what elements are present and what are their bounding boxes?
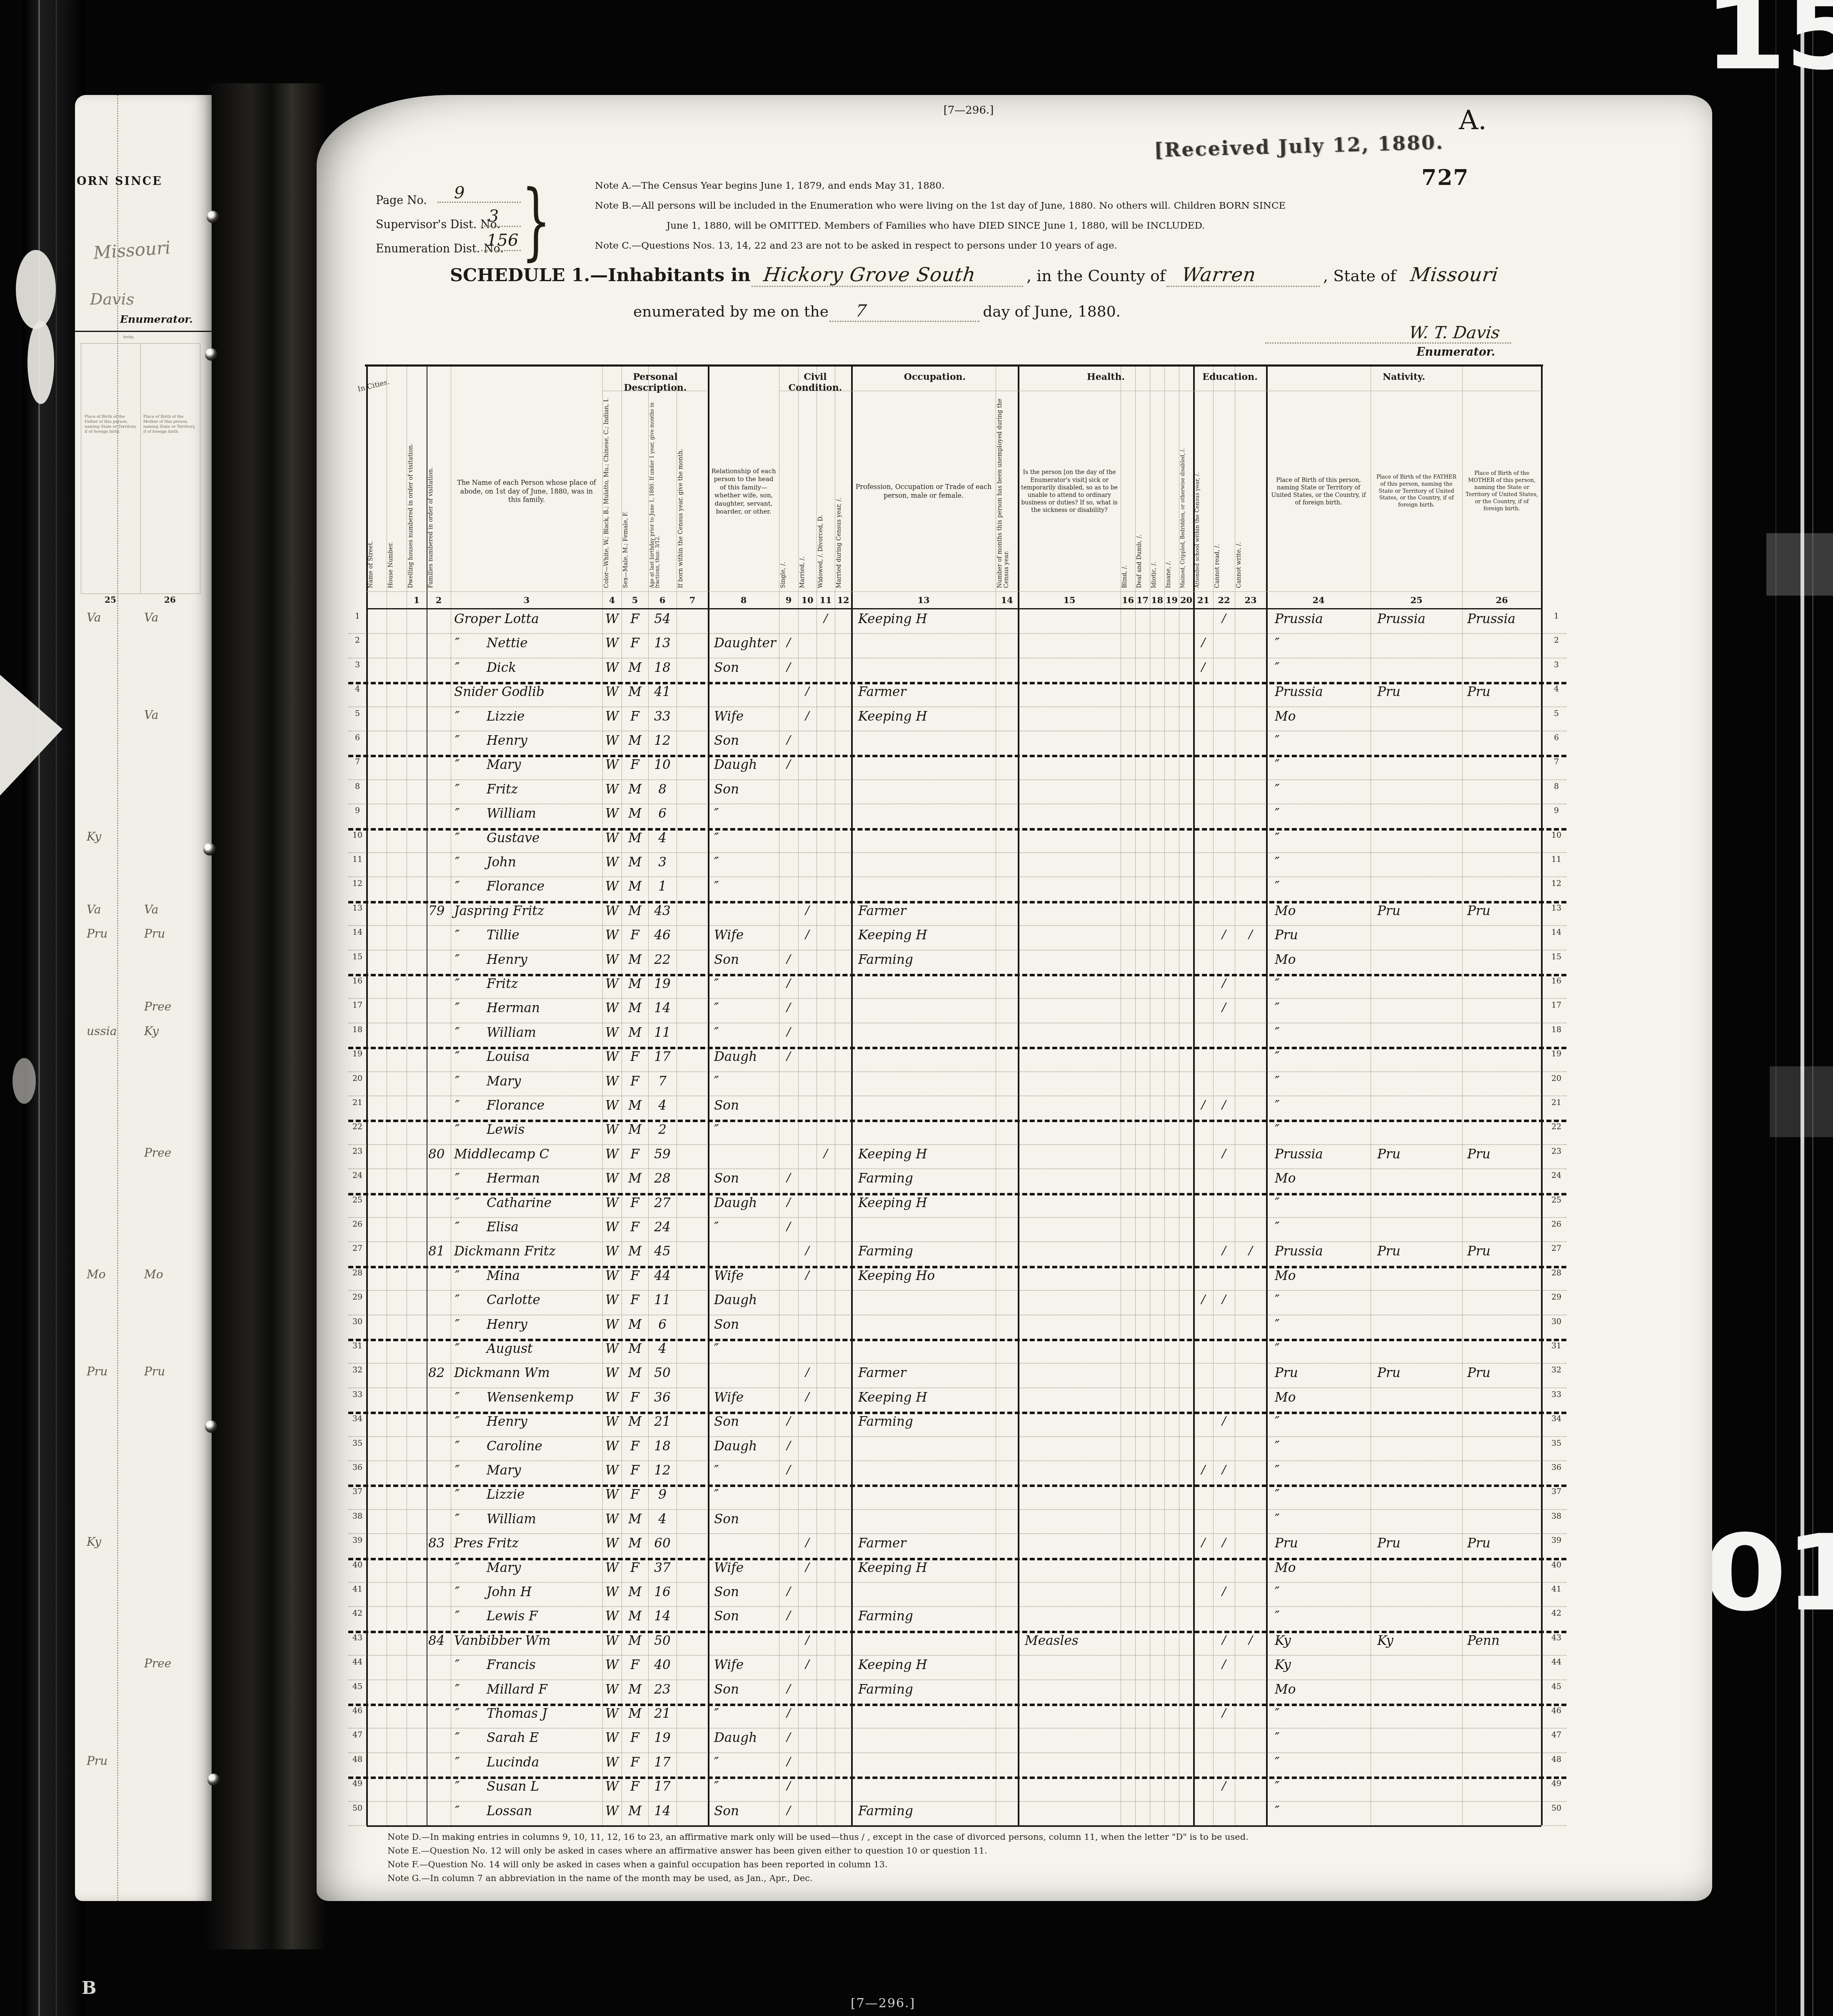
- enumerated-prefix: enumerated by me on the: [633, 303, 829, 320]
- age-entry: 28: [648, 1171, 677, 1186]
- column-header-married_year: Married during Census year, /.: [836, 395, 850, 588]
- row-number-left: 48: [348, 1755, 367, 1764]
- birthplace-self: ″: [1275, 1317, 1379, 1332]
- birthplace-self: ″: [1275, 757, 1379, 772]
- person-name: Groper Lotta: [454, 611, 606, 626]
- color-entry: W: [602, 1317, 622, 1332]
- row-number-right: 27: [1546, 1244, 1566, 1253]
- census-row-33: 3333″WensenkempWF36Wife/Keeping HMo: [348, 1387, 1566, 1414]
- age-entry: 6: [648, 806, 677, 821]
- row-number-left: 38: [348, 1512, 367, 1521]
- occupation-entry: Farming: [858, 952, 1002, 967]
- row-number-left: 31: [348, 1341, 367, 1350]
- census-row-16: 1616″FritzWM19″//″: [348, 974, 1566, 999]
- row-number-right: 34: [1546, 1414, 1566, 1423]
- married-mark: /: [798, 1536, 817, 1549]
- row-number-right: 10: [1546, 831, 1566, 840]
- sex-entry: F: [622, 611, 648, 626]
- color-entry: W: [602, 879, 622, 894]
- column-number-idiotic: 18: [1150, 595, 1164, 605]
- row-number-right: 1: [1546, 611, 1566, 621]
- birthplace-father: Pru: [1377, 903, 1469, 918]
- color-entry: W: [602, 1560, 622, 1575]
- age-entry: 18: [648, 1439, 677, 1454]
- row-number-right: 12: [1546, 879, 1566, 888]
- occupation-entry: Keeping H: [858, 928, 1002, 943]
- sex-entry: F: [622, 1074, 648, 1089]
- census-row-41: 4141″John HWM16Son//″: [348, 1582, 1566, 1607]
- census-row-19: 1919″LouisaWF17Daugh/″: [348, 1047, 1566, 1072]
- row-number-left: 50: [348, 1804, 367, 1813]
- row-number-left: 47: [348, 1730, 367, 1739]
- single-mark: /: [779, 1463, 798, 1477]
- column-number-birth_self: 24: [1266, 595, 1371, 605]
- fragment-col26-number: 26: [140, 595, 200, 605]
- census-row-39: 393983Pres FritzWM60/Farmer//PruPruPru: [348, 1533, 1566, 1560]
- birthplace-self: ″: [1275, 806, 1379, 821]
- age-entry: 33: [648, 709, 677, 724]
- census-row-37: 3737″LizzieWF9″″: [348, 1485, 1566, 1510]
- birthplace-self: Mo: [1275, 1390, 1379, 1405]
- sex-entry: M: [622, 684, 648, 699]
- row-number-left: 2: [348, 636, 367, 645]
- education-mark-col22: /: [1213, 1633, 1235, 1647]
- census-row-21: 2121″FloranceWM4Son//″: [348, 1095, 1566, 1122]
- row-number-right: 16: [1546, 976, 1566, 986]
- birthplace-self: ″: [1275, 1487, 1379, 1502]
- column-header-age: Age at last birthday prior to June 1, 18…: [649, 395, 675, 588]
- state-label: , State of: [1323, 267, 1396, 285]
- color-entry: W: [602, 757, 622, 772]
- birthplace-self: ″: [1275, 1025, 1379, 1040]
- color-entry: W: [602, 976, 622, 991]
- column-header-house: House Number.: [388, 395, 405, 588]
- sex-entry: M: [622, 1171, 648, 1186]
- film-scratch: [1776, 0, 1776, 2016]
- column-header-sex: Sex—Male, M.; Female, F.: [623, 395, 647, 588]
- single-mark: /: [779, 1804, 798, 1817]
- person-name: Middlecamp C: [454, 1147, 606, 1162]
- row-number-right: 19: [1546, 1049, 1566, 1058]
- row-number-right: 43: [1546, 1633, 1566, 1642]
- row-number-left: 7: [348, 757, 367, 766]
- supervisor-dist-value: 3: [488, 207, 499, 226]
- birthplace-mother: Pru: [1467, 684, 1546, 699]
- age-entry: 19: [648, 1730, 677, 1745]
- form-number: [7—296.]: [898, 104, 1039, 117]
- color-entry: W: [602, 1220, 622, 1235]
- education-mark-col22: /: [1213, 976, 1235, 990]
- age-entry: 50: [648, 1365, 677, 1380]
- row-number-left: 4: [348, 684, 367, 694]
- row-number-left: 3: [348, 660, 367, 669]
- color-entry: W: [602, 1098, 622, 1113]
- sex-entry: M: [622, 1536, 648, 1551]
- fragment-nativity-label: tivity.: [123, 335, 134, 340]
- census-row-27: 272781Dickmann FritzWM45/Farming//Prussi…: [348, 1241, 1566, 1268]
- row-number-left: 15: [348, 952, 367, 961]
- row-number-right: 49: [1546, 1779, 1566, 1788]
- occupation-entry: Keeping H: [858, 1390, 1002, 1405]
- row-number-right: 33: [1546, 1390, 1566, 1399]
- column-header-occupation: Profession, Occupation or Trade of each …: [854, 392, 993, 591]
- column-header-maimed: Maimed, Crippled, Bedridden, or otherwis…: [1180, 395, 1192, 588]
- column-number-dwelling: 1: [407, 595, 427, 605]
- married-mark: /: [798, 1268, 817, 1282]
- column-number-widowed: 11: [817, 595, 835, 605]
- fragment-birthplace-entry: Mo: [87, 1267, 137, 1281]
- census-row-13: 131379Jaspring FritzWM43/FarmerMoPruPru: [348, 901, 1566, 926]
- fragment-col25-box: Place of Birth of the Father of this per…: [81, 343, 141, 594]
- married-mark: /: [798, 709, 817, 723]
- birthplace-self: Ky: [1275, 1657, 1379, 1672]
- page-no-label: Page No.: [376, 194, 427, 207]
- census-row-3: 33″DickWM18Son//″: [348, 658, 1566, 684]
- row-number-left: 12: [348, 879, 367, 888]
- sex-entry: M: [622, 831, 648, 846]
- row-number-left: 34: [348, 1414, 367, 1423]
- fragment-birthplace-entry: Pru: [87, 1365, 137, 1378]
- age-entry: 1: [648, 879, 677, 894]
- education-mark-col22: /: [1213, 1536, 1235, 1549]
- color-entry: W: [602, 1804, 622, 1819]
- relationship-entry: ″: [714, 1001, 785, 1015]
- age-entry: 17: [648, 1755, 677, 1770]
- column-number-read: 22: [1213, 595, 1235, 605]
- occupation-entry: Keeping H: [858, 1147, 1002, 1162]
- occupation-entry: Farming: [858, 1244, 1002, 1259]
- column-header-widowed: Widowed, /. Divorced, D.: [818, 395, 834, 588]
- age-entry: 12: [648, 1463, 677, 1478]
- row-number-left: 21: [348, 1098, 367, 1107]
- color-entry: W: [602, 952, 622, 967]
- birthplace-self: ″: [1275, 879, 1379, 894]
- row-number-right: 36: [1546, 1463, 1566, 1472]
- row-number-right: 5: [1546, 709, 1566, 718]
- relationship-entry: ″: [714, 1025, 785, 1040]
- row-number-right: 7: [1546, 757, 1566, 766]
- education-mark-col22: /: [1213, 1001, 1235, 1014]
- row-number-right: 48: [1546, 1755, 1566, 1764]
- row-number-right: 24: [1546, 1171, 1566, 1180]
- birthplace-self: ″: [1275, 1341, 1379, 1356]
- place-name-handwritten: Hickory Grove South: [751, 263, 1026, 287]
- color-entry: W: [602, 733, 622, 748]
- person-name: Dickmann Fritz: [454, 1244, 606, 1259]
- binding-brad: [207, 211, 219, 223]
- note-c: Note C.—Questions Nos. 13, 14, 22 and 23…: [595, 240, 1524, 252]
- column-header-write: Cannot write, /.: [1236, 395, 1265, 588]
- age-entry: 22: [648, 952, 677, 967]
- single-mark: /: [779, 1049, 798, 1063]
- education-mark-col23: /: [1235, 1633, 1266, 1647]
- occupation-entry: Farming: [858, 1609, 1002, 1624]
- education-mark-col21: /: [1194, 636, 1213, 649]
- census-row-34: 3434″HenryWM21Son/Farming/″: [348, 1412, 1566, 1437]
- census-row-11: 1111″JohnWM3″″: [348, 852, 1566, 877]
- color-entry: W: [602, 782, 622, 797]
- row-number-right: 14: [1546, 928, 1566, 937]
- relationship-entry: Son: [714, 660, 785, 675]
- sex-entry: M: [622, 782, 648, 797]
- single-mark: /: [779, 1779, 798, 1793]
- education-mark-col22: /: [1213, 1706, 1235, 1720]
- single-mark: /: [779, 636, 798, 649]
- column-number-occupation: 13: [852, 595, 996, 605]
- birthplace-self: Mo: [1275, 903, 1379, 918]
- census-row-43: 434384Vanbibber WmWM50/Measles//KyKyPenn: [348, 1631, 1566, 1656]
- relationship-entry: ″: [714, 1074, 785, 1089]
- sex-entry: F: [622, 1487, 648, 1502]
- column-header-dwelling: Dwelling houses numbered in order of vis…: [408, 395, 425, 588]
- enumeration-dist-value: 156: [487, 231, 518, 250]
- row-number-right: 6: [1546, 733, 1566, 742]
- occupation-entry: Keeping H: [858, 1560, 1002, 1575]
- county-label: , in the County of: [1026, 267, 1166, 285]
- relationship-entry: Son: [714, 1098, 785, 1113]
- relationship-entry: ″: [714, 976, 785, 991]
- in-cities-label: In Cities.: [357, 378, 391, 394]
- group-underline: [852, 391, 1018, 391]
- relationship-entry: Daugh: [714, 1195, 785, 1210]
- birthplace-mother: Pru: [1467, 1536, 1546, 1551]
- row-number-left: 19: [348, 1049, 367, 1058]
- color-entry: W: [602, 1074, 622, 1089]
- education-mark-col22: /: [1213, 611, 1235, 625]
- film-tear-blob: [27, 321, 54, 404]
- row-number-left: 11: [348, 855, 367, 864]
- birthplace-self: ″: [1275, 1292, 1379, 1307]
- sex-entry: F: [622, 1657, 648, 1672]
- bottom-note-f: Note F.—Question No. 14 will only be ask…: [387, 1859, 1537, 1869]
- sickness-entry: Measles: [1025, 1633, 1127, 1648]
- relationship-entry: Wife: [714, 1390, 785, 1405]
- age-entry: 14: [648, 1001, 677, 1015]
- education-mark-col22: /: [1213, 1147, 1235, 1160]
- census-row-12: 1212″FloranceWM1″″: [348, 876, 1566, 903]
- birthplace-mother: Pru: [1467, 1365, 1546, 1380]
- relationship-entry: Son: [714, 782, 785, 797]
- color-entry: W: [602, 1390, 622, 1405]
- sex-entry: M: [622, 1098, 648, 1113]
- age-entry: 10: [648, 757, 677, 772]
- fragment-birthplace-entry: Ky: [144, 1024, 198, 1038]
- sex-entry: M: [622, 660, 648, 675]
- sex-entry: M: [622, 1584, 648, 1599]
- relationship-entry: Wife: [714, 1657, 785, 1672]
- birthplace-self: ″: [1275, 1074, 1379, 1089]
- note-b1: Note B.—All persons will be included in …: [595, 200, 1561, 212]
- row-number-left: 44: [348, 1657, 367, 1667]
- fragment-signature-partial: Davis: [90, 290, 134, 308]
- film-scratch: [56, 0, 57, 2016]
- birthplace-mother: Penn: [1467, 1633, 1546, 1648]
- note-a: Note A.—The Census Year begins June 1, 1…: [595, 180, 1524, 192]
- age-entry: 4: [648, 1341, 677, 1356]
- census-schedule-page: [7—296.] A. [Received July 12, 1880. 727…: [317, 95, 1712, 1901]
- color-entry: W: [602, 1292, 622, 1307]
- fragment-birthplace-entry: Pree: [144, 1000, 198, 1013]
- color-entry: W: [602, 1414, 622, 1429]
- age-entry: 19: [648, 976, 677, 991]
- group-underline: [1194, 391, 1266, 391]
- birthplace-self: ″: [1275, 831, 1379, 846]
- row-number-left: 22: [348, 1122, 367, 1131]
- census-row-8: 88″FritzWM8Son″: [348, 779, 1566, 804]
- group-header-civil: Civil Condition.: [779, 372, 852, 393]
- relationship-entry: Wife: [714, 1268, 785, 1283]
- binding-gutter: [205, 83, 326, 1949]
- color-entry: W: [602, 1730, 622, 1745]
- education-mark-col21: /: [1194, 1292, 1213, 1306]
- column-header-insane: Insane, /.: [1166, 395, 1178, 588]
- color-entry: W: [602, 636, 622, 651]
- film-tear-blob: [12, 1058, 36, 1104]
- sex-entry: F: [622, 1268, 648, 1283]
- fragment-birthplace-entry: Va: [144, 903, 198, 916]
- row-number-left: 35: [348, 1439, 367, 1448]
- row-number-right: 15: [1546, 952, 1566, 961]
- row-number-right: 2: [1546, 636, 1566, 645]
- column-header-unemployed: Number of months this person has been un…: [997, 395, 1017, 588]
- age-entry: 59: [648, 1147, 677, 1162]
- row-number-left: 14: [348, 928, 367, 937]
- birthplace-self: ″: [1275, 1439, 1379, 1454]
- age-entry: 37: [648, 1560, 677, 1575]
- color-entry: W: [602, 1706, 622, 1721]
- fragment-rule: [75, 331, 212, 332]
- birthplace-father: Pru: [1377, 1244, 1469, 1259]
- row-number-left: 8: [348, 782, 367, 791]
- row-number-left: 40: [348, 1560, 367, 1569]
- row-number-right: 37: [1546, 1487, 1566, 1496]
- sex-entry: M: [622, 1365, 648, 1380]
- birthplace-self: ″: [1275, 1804, 1379, 1819]
- single-mark: /: [779, 1730, 798, 1744]
- color-entry: W: [602, 1171, 622, 1186]
- column-number-age: 6: [648, 595, 677, 605]
- row-number-right: 42: [1546, 1609, 1566, 1618]
- color-entry: W: [602, 1755, 622, 1770]
- sex-entry: M: [622, 1122, 648, 1137]
- enumerated-line: enumerated by me on the 7 day of June, 1…: [633, 302, 1121, 322]
- census-row-30: 3030″HenryWM6Son″: [348, 1315, 1566, 1341]
- education-mark-col22: /: [1213, 1657, 1235, 1671]
- education-mark-col21: /: [1194, 1536, 1213, 1549]
- census-row-4: 44Snider GodlibWM41/FarmerPrussiaPruPru: [348, 682, 1566, 707]
- relationship-entry: Son: [714, 1512, 785, 1527]
- education-mark-col21: /: [1194, 660, 1213, 674]
- married-mark: /: [798, 1390, 817, 1404]
- row-number-left: 36: [348, 1463, 367, 1472]
- single-mark: /: [779, 1609, 798, 1622]
- row-number-right: 25: [1546, 1195, 1566, 1205]
- birthplace-self: ″: [1275, 1512, 1379, 1527]
- census-row-48: 4848″LucindaWF17″/″: [348, 1752, 1566, 1779]
- birthplace-self: Mo: [1275, 709, 1379, 724]
- person-name: Snider Godlib: [454, 684, 606, 699]
- birthplace-father: Pru: [1377, 1365, 1469, 1380]
- single-mark: /: [779, 1584, 798, 1598]
- sex-entry: F: [622, 757, 648, 772]
- birthplace-self: Mo: [1275, 1682, 1379, 1697]
- column-header-single: Single, /.: [780, 395, 797, 588]
- fragment-col25-header: Place of Birth of the Father of this per…: [81, 344, 140, 434]
- occupation-entry: Keeping H: [858, 709, 1002, 724]
- single-mark: /: [779, 1755, 798, 1769]
- relationship-entry: Daugh: [714, 1292, 785, 1307]
- state-handwritten: Missouri: [1397, 263, 1541, 286]
- color-entry: W: [602, 684, 622, 699]
- sex-entry: M: [622, 806, 648, 821]
- sex-entry: F: [622, 1195, 648, 1210]
- color-entry: W: [602, 1536, 622, 1551]
- sex-entry: M: [622, 976, 648, 991]
- page-no-line: [437, 202, 521, 203]
- single-mark: /: [779, 1414, 798, 1428]
- color-entry: W: [602, 1584, 622, 1599]
- birthplace-mother: Pru: [1467, 903, 1546, 918]
- color-entry: W: [602, 855, 622, 870]
- column-header-birth_self: Place of Birth of this person, naming St…: [1269, 392, 1368, 591]
- color-entry: W: [602, 806, 622, 821]
- column-number-family: 2: [427, 595, 451, 605]
- row-number-left: 5: [348, 709, 367, 718]
- occupation-entry: Farming: [858, 1414, 1002, 1429]
- census-row-44: 4444″FrancisWF40Wife/Keeping H/Ky: [348, 1655, 1566, 1680]
- birthplace-self: ″: [1275, 1049, 1379, 1064]
- fragment-birthplace-entry: Va: [144, 611, 198, 624]
- row-number-left: 49: [348, 1779, 367, 1788]
- column-header-sickness: Is the person [on the day of the Enumera…: [1021, 392, 1118, 591]
- birthplace-self: Pru: [1275, 928, 1379, 943]
- age-entry: 17: [648, 1779, 677, 1794]
- birthplace-self: Ky: [1275, 1633, 1379, 1648]
- relationship-entry: ″: [714, 831, 785, 846]
- fragment-state-handwritten: Missouri: [93, 237, 171, 263]
- row-number-right: 31: [1546, 1341, 1566, 1350]
- bottom-note-g: Note G.—In column 7 an abbreviation in t…: [387, 1873, 1537, 1883]
- sex-entry: M: [622, 733, 648, 748]
- color-entry: W: [602, 1439, 622, 1454]
- fragment-birthplace-entry: Pru: [144, 1365, 198, 1378]
- row-number-right: 13: [1546, 903, 1566, 913]
- age-entry: 9: [648, 1487, 677, 1502]
- census-row-40: 4040″MaryWF37Wife/Keeping HMo: [348, 1558, 1566, 1583]
- education-mark-col22: /: [1213, 1292, 1235, 1306]
- row-number-left: 17: [348, 1001, 367, 1010]
- sex-entry: M: [622, 1025, 648, 1040]
- relationship-entry: ″: [714, 1122, 785, 1137]
- color-entry: W: [602, 1657, 622, 1672]
- census-row-20: 2020″MaryWF7″″: [348, 1071, 1566, 1096]
- birthplace-self: ″: [1275, 733, 1379, 748]
- binding-brad: [205, 1420, 217, 1433]
- birthplace-self: ″: [1275, 1001, 1379, 1015]
- census-row-9: 99″WilliamWM6″″: [348, 803, 1566, 830]
- row-number-right: 18: [1546, 1025, 1566, 1034]
- color-entry: W: [602, 903, 622, 918]
- color-entry: W: [602, 1633, 622, 1648]
- color-entry: W: [602, 1244, 622, 1259]
- enumerator-signature: W. T. Davis: [1265, 323, 1513, 344]
- census-row-10: 1010″GustaveWM4″″: [348, 828, 1566, 853]
- color-entry: W: [602, 1025, 622, 1040]
- occupation-entry: Farmer: [858, 903, 1002, 918]
- column-number-school: 21: [1194, 595, 1213, 605]
- row-number-right: 3: [1546, 660, 1566, 669]
- sex-entry: F: [622, 1755, 648, 1770]
